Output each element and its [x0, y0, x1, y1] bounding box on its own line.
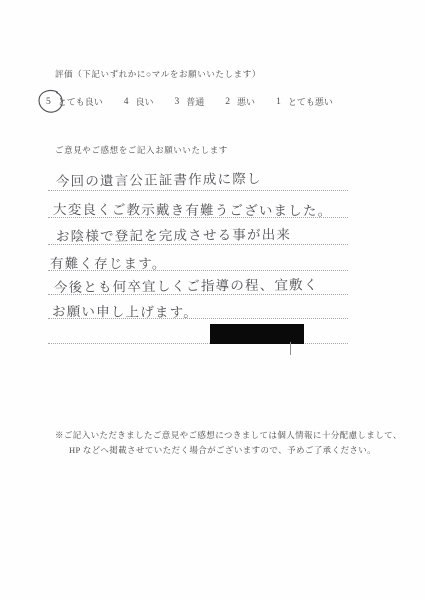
- stray-pen-mark: [290, 342, 291, 355]
- handwritten-line-4: 有難く存じます。: [50, 252, 167, 272]
- rating-option-1: 1 とても悪い: [276, 95, 333, 108]
- handwritten-line-6: お願い申し上げます。: [52, 300, 198, 321]
- rating-4-number: 4: [124, 97, 129, 107]
- rating-1-number: 1: [276, 97, 281, 107]
- rating-3-value: 3: [175, 97, 180, 107]
- rating-2-label: 悪い: [237, 95, 255, 108]
- rating-option-4: 4 良い: [124, 95, 154, 108]
- rating-5-number: 5: [46, 97, 51, 107]
- rating-1-value: 1: [276, 97, 281, 107]
- handwritten-line-2: 大変良くご教示戴き有難うございました。: [53, 198, 332, 219]
- rating-2-value: 2: [225, 97, 230, 107]
- rating-option-2: 2 悪い: [225, 95, 255, 108]
- rating-section-label: 評価（下記いずれかに○マルをお願いいたします）: [55, 68, 261, 80]
- feedback-form-scan: 評価（下記いずれかに○マルをお願いいたします） 5 とても良い 4 良い 3 普…: [0, 0, 425, 600]
- handwritten-line-3: お陰様で登記を完成させる事が出来: [56, 223, 291, 245]
- rating-5-value: 5: [46, 97, 51, 107]
- rating-4-value: 4: [124, 97, 129, 107]
- ruled-line: [48, 190, 348, 191]
- rating-4-label: 良い: [136, 95, 154, 108]
- rating-1-label: とても悪い: [288, 95, 333, 108]
- rating-options-row: 5 とても良い 4 良い 3 普通 2 悪い 1 とても悪い: [46, 95, 333, 108]
- redaction-box: [210, 324, 304, 344]
- rating-3-label: 普通: [186, 95, 204, 108]
- handwritten-line-1: 今回の遺言公正証書作成に際し: [56, 167, 262, 190]
- rating-option-3: 3 普通: [175, 95, 205, 108]
- rating-5-label: とても良い: [58, 95, 103, 108]
- comment-section-label: ご意見やご感想をご記入お願いいたします: [55, 144, 228, 156]
- privacy-notice-line-2: HP などへ掲載させていただく場合がございますので、予めご了承ください。: [69, 444, 376, 456]
- rating-3-number: 3: [175, 97, 180, 107]
- rating-option-5: 5 とても良い: [46, 95, 103, 108]
- privacy-notice-line-1: ※ご記入いただきましたご意見やご感想につきましては個人情報に十分配慮しまして、: [55, 429, 402, 441]
- rating-2-number: 2: [225, 97, 230, 107]
- handwritten-line-5: 今後とも何卒宜しくご指導の程、宜敷く: [54, 273, 319, 296]
